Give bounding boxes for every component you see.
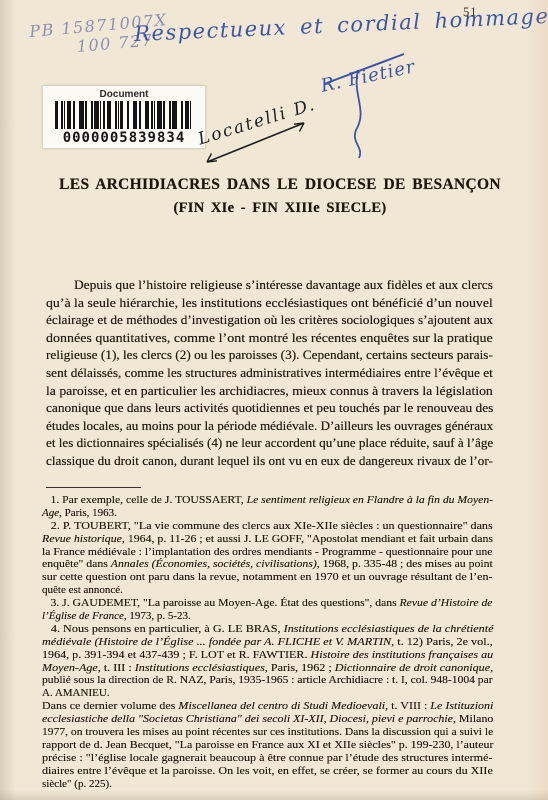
- text-line: Dans ce dernier volume des Miscellanea d…: [42, 700, 493, 713]
- barcode-number: 0000005839834: [63, 130, 186, 146]
- scanned-page: PB 15871007X 100 727 Respectueux et cord…: [0, 0, 548, 800]
- dedication-handwriting: Respectueux et cordial hommage: [134, 4, 548, 46]
- text-line: Moyen-Age, t. III : Institutions ecclési…: [42, 662, 493, 675]
- footnotes-section: 1. Par exemple, celle de J. TOUSSAERT, L…: [42, 494, 493, 790]
- arrow-stroke-icon: [198, 112, 316, 170]
- article-body: Depuis que l’histoire religieuse s’intér…: [46, 276, 493, 470]
- text-line: Depuis que l’histoire religieuse s’intér…: [46, 276, 493, 294]
- signature-blue: R. Fietier: [312, 50, 412, 165]
- text-line: données quantitatives, comme l’ont montr…: [46, 329, 493, 347]
- text-line: ecclesiastiche della "Societas Christian…: [42, 713, 493, 726]
- text-line: éclairage et de méthodes d’investigation…: [46, 311, 493, 329]
- text-line: canonique que dans leurs activités quoti…: [46, 399, 493, 417]
- text-line: précise : "l’église locale gagnerait bea…: [42, 752, 493, 765]
- text-line: la paroisse, et en particulier les archi…: [46, 382, 493, 400]
- text-line: publié sous la direction de R. NAZ, Pari…: [42, 674, 493, 687]
- text-line: 1. Par exemple, celle de J. TOUSSAERT, L…: [42, 494, 493, 507]
- text-line: l’Église de France, 1973, p. 5-23.: [42, 610, 493, 623]
- text-line: 3. J. GAUDEMET, "La paroisse au Moyen-Ag…: [42, 597, 493, 610]
- text-line: classique du droit canon, durant lequel …: [46, 452, 493, 470]
- article-title-line-1: LES ARCHIDIACRES DANS LE DIOCESE DE BESA…: [12, 176, 548, 194]
- barcode-sticker: Document 0000005839834: [43, 86, 205, 148]
- text-line: 1964, p. 391-394 et 437-439 ; F. LOT et …: [42, 649, 493, 662]
- text-line: 1977, on trouvera les mises au point réc…: [42, 726, 493, 739]
- text-line: sur cette question ont paru dans la revu…: [42, 571, 493, 584]
- scan-edge-shadow: [0, 790, 548, 800]
- text-line: enquête" dans Annales (Économies, sociét…: [42, 558, 493, 571]
- barcode-icon: [55, 101, 193, 129]
- text-line: quête est annoncé.: [42, 584, 493, 597]
- page-number: 51: [463, 5, 478, 20]
- text-line: et les dictionnaires spécialisés (4) ne …: [46, 434, 493, 452]
- footnote-separator: [46, 487, 141, 488]
- text-line: siècle" (p. 225).: [42, 778, 493, 791]
- text-line: Revue historique, 1964, p. 11-26 ; et au…: [42, 533, 493, 546]
- text-line: A. AMANIEU.: [42, 687, 493, 700]
- text-line: rapport de d. Jean Becquet, "La paroisse…: [42, 739, 493, 752]
- barcode-label: Document: [100, 89, 149, 100]
- text-line: la France médiévale : l’implantation des…: [42, 546, 493, 559]
- text-line: études locales, au moins pour la période…: [46, 417, 493, 435]
- text-line: religieuse (1), les clercs (2) ou les pa…: [46, 346, 493, 364]
- text-line: Age, Paris, 1963.: [42, 507, 493, 520]
- text-line: qu’à la seule hiérarchie, les institutio…: [46, 294, 493, 312]
- text-line: sent délaissés, comme les structures adm…: [46, 364, 493, 382]
- text-line: 4. Nous pensons en particulier, à G. LE …: [42, 623, 493, 636]
- article-title-line-2: (FIN XIe - FIN XIIIe SIECLE): [12, 200, 548, 217]
- text-line: 2. P. TOUBERT, "La vie commune des clerc…: [42, 520, 493, 533]
- text-line: médiévale (Histoire de l’Église ... fond…: [42, 636, 493, 649]
- text-line: diaires entre l’évêque et la paroisse. O…: [42, 765, 493, 778]
